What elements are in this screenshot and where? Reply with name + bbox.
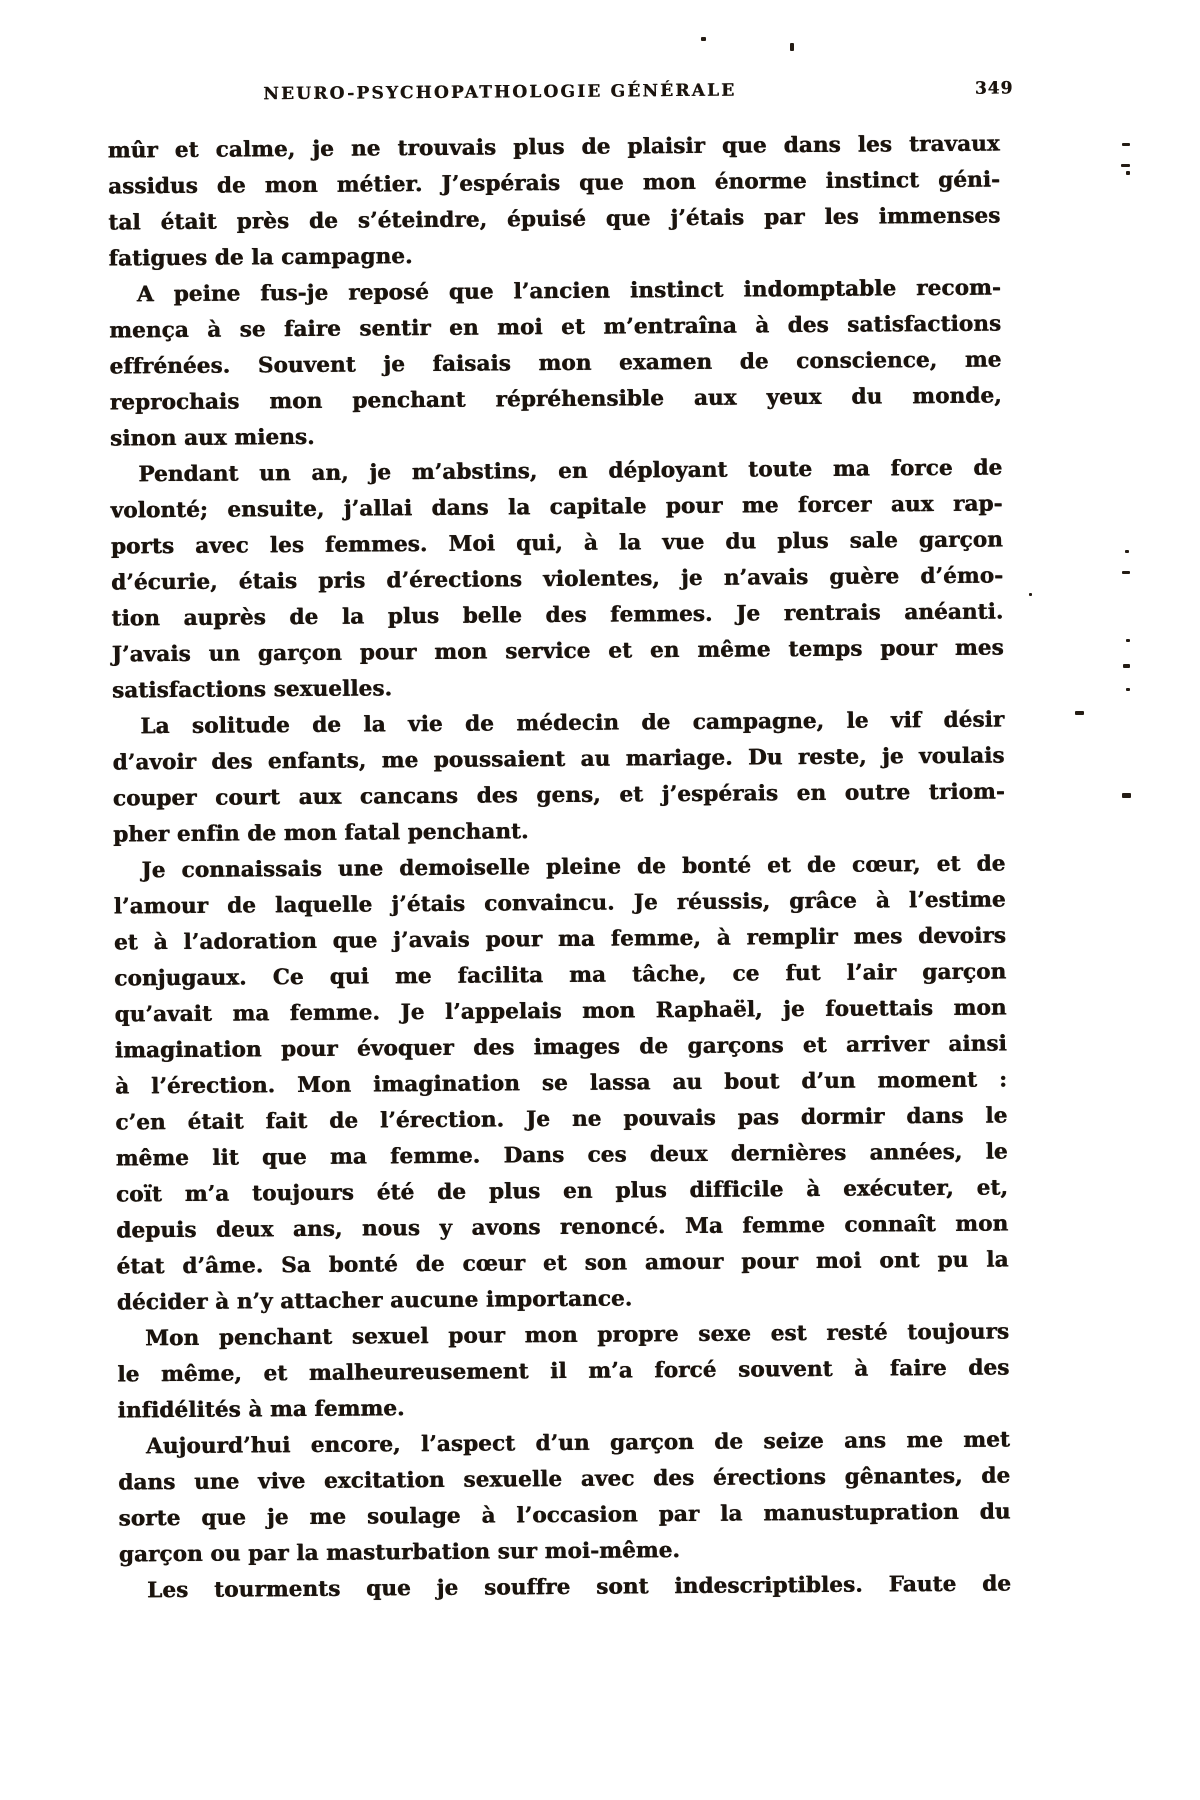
page-body: mûr et calme, je ne trouvais plus de pla… [108,127,1012,1610]
scan-speck [790,43,794,51]
scan-speck [1121,164,1130,167]
scan-speck [1126,639,1130,642]
text-line: état d’âme. Sa bonté de cœur et son amou… [116,1242,1008,1285]
text-line: couper court aux cancans des gens, et j’… [113,774,1005,817]
running-title: NEURO-PSYCHOPATHOLOGIE GÉNÉRALE [263,81,736,105]
text-line: Les tourments que je souffre sont indesc… [119,1566,1011,1609]
text-line: le même, et malheureusement il m’a forcé… [117,1350,1009,1393]
page-content: NEURO-PSYCHOPATHOLOGIE GÉNÉRALE 349 mûr … [107,79,1011,1610]
scan-speck [701,37,706,41]
page-header: NEURO-PSYCHOPATHOLOGIE GÉNÉRALE 349 [107,79,999,112]
scan-speck [1122,571,1130,574]
scan-speck [1075,711,1084,715]
scan-speck [1125,550,1129,553]
scan-speck [1126,171,1130,175]
scan-speck [1122,793,1131,798]
page-number: 349 [975,78,1014,98]
text-line: J’avais un garçon pour mon service et en… [112,630,1004,673]
text-line: reprochais mon penchant répréhensible au… [110,379,1002,422]
text-line: sorte que je me soulage à l’occasion par… [118,1494,1010,1537]
scan-speck [1029,593,1032,596]
text-line: tal était près de s’éteindre, épuisé que… [108,199,1000,242]
scan-speck [1122,143,1130,146]
scanned-book-page: NEURO-PSYCHOPATHOLOGIE GÉNÉRALE 349 mûr … [0,0,1200,1800]
scan-speck [1126,688,1130,691]
scan-speck [1123,664,1130,668]
